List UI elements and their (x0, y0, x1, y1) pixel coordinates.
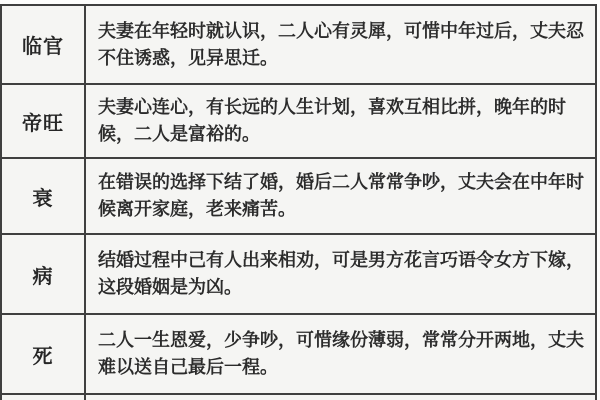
table-row: 帝旺 夫妻心连心，有长远的人生计划，喜欢互相比拼，晚年的时候，二人是富裕的。 (2, 85, 595, 159)
stage-cell (2, 395, 86, 400)
description-text: 结婚过程中己有人出来相劝，可是男方花言巧语令女方下嫁，这段婚姻是为凶。 (98, 247, 587, 301)
stage-label: 病 (33, 260, 54, 289)
stage-cell: 帝旺 (2, 85, 86, 157)
table-row: 死 二人一生恩爱，少争吵，可惜缘份薄弱，常常分开两地，丈夫难以送自己最后一程。 (2, 315, 595, 395)
description-cell: 夫妻在年轻时就认识，二人心有灵犀，可惜中年过后，丈夫忍不住诱惑，见异思迁。 (86, 6, 595, 83)
stage-cell: 病 (2, 235, 86, 313)
stage-label: 临官 (22, 30, 64, 59)
table-row-partial (2, 395, 595, 400)
stage-label: 死 (33, 340, 54, 369)
description-text: 在错误的选择下结了婚，婚后二人常常争吵，丈夫会在中年时候离开家庭，老来痛苦。 (98, 169, 587, 223)
stage-cell: 临官 (2, 6, 86, 83)
stage-cell: 死 (2, 315, 86, 393)
description-cell: 夫妻心连心，有长远的人生计划，喜欢互相比拼，晚年的时候，二人是富裕的。 (86, 85, 595, 157)
stage-label: 衰 (33, 182, 54, 211)
stage-label: 帝旺 (22, 107, 64, 136)
description-cell: 结婚过程中己有人出来相劝，可是男方花言巧语令女方下嫁，这段婚姻是为凶。 (86, 235, 595, 313)
description-cell (86, 395, 595, 400)
fortune-table: 临官 夫妻在年轻时就认识，二人心有灵犀，可惜中年过后，丈夫忍不住诱惑，见异思迁。… (0, 4, 597, 400)
description-cell: 二人一生恩爱，少争吵，可惜缘份薄弱，常常分开两地，丈夫难以送自己最后一程。 (86, 315, 595, 393)
stage-cell: 衰 (2, 159, 86, 233)
description-cell: 在错误的选择下结了婚，婚后二人常常争吵，丈夫会在中年时候离开家庭，老来痛苦。 (86, 159, 595, 233)
description-text: 夫妻在年轻时就认识，二人心有灵犀，可惜中年过后，丈夫忍不住诱惑，见异思迁。 (98, 18, 587, 72)
table-row: 临官 夫妻在年轻时就认识，二人心有灵犀，可惜中年过后，丈夫忍不住诱惑，见异思迁。 (2, 6, 595, 85)
table-row: 衰 在错误的选择下结了婚，婚后二人常常争吵，丈夫会在中年时候离开家庭，老来痛苦。 (2, 159, 595, 235)
description-text: 二人一生恩爱，少争吵，可惜缘份薄弱，常常分开两地，丈夫难以送自己最后一程。 (98, 327, 587, 381)
table-row: 病 结婚过程中己有人出来相劝，可是男方花言巧语令女方下嫁，这段婚姻是为凶。 (2, 235, 595, 315)
description-text: 夫妻心连心，有长远的人生计划，喜欢互相比拼，晚年的时候，二人是富裕的。 (98, 94, 587, 148)
